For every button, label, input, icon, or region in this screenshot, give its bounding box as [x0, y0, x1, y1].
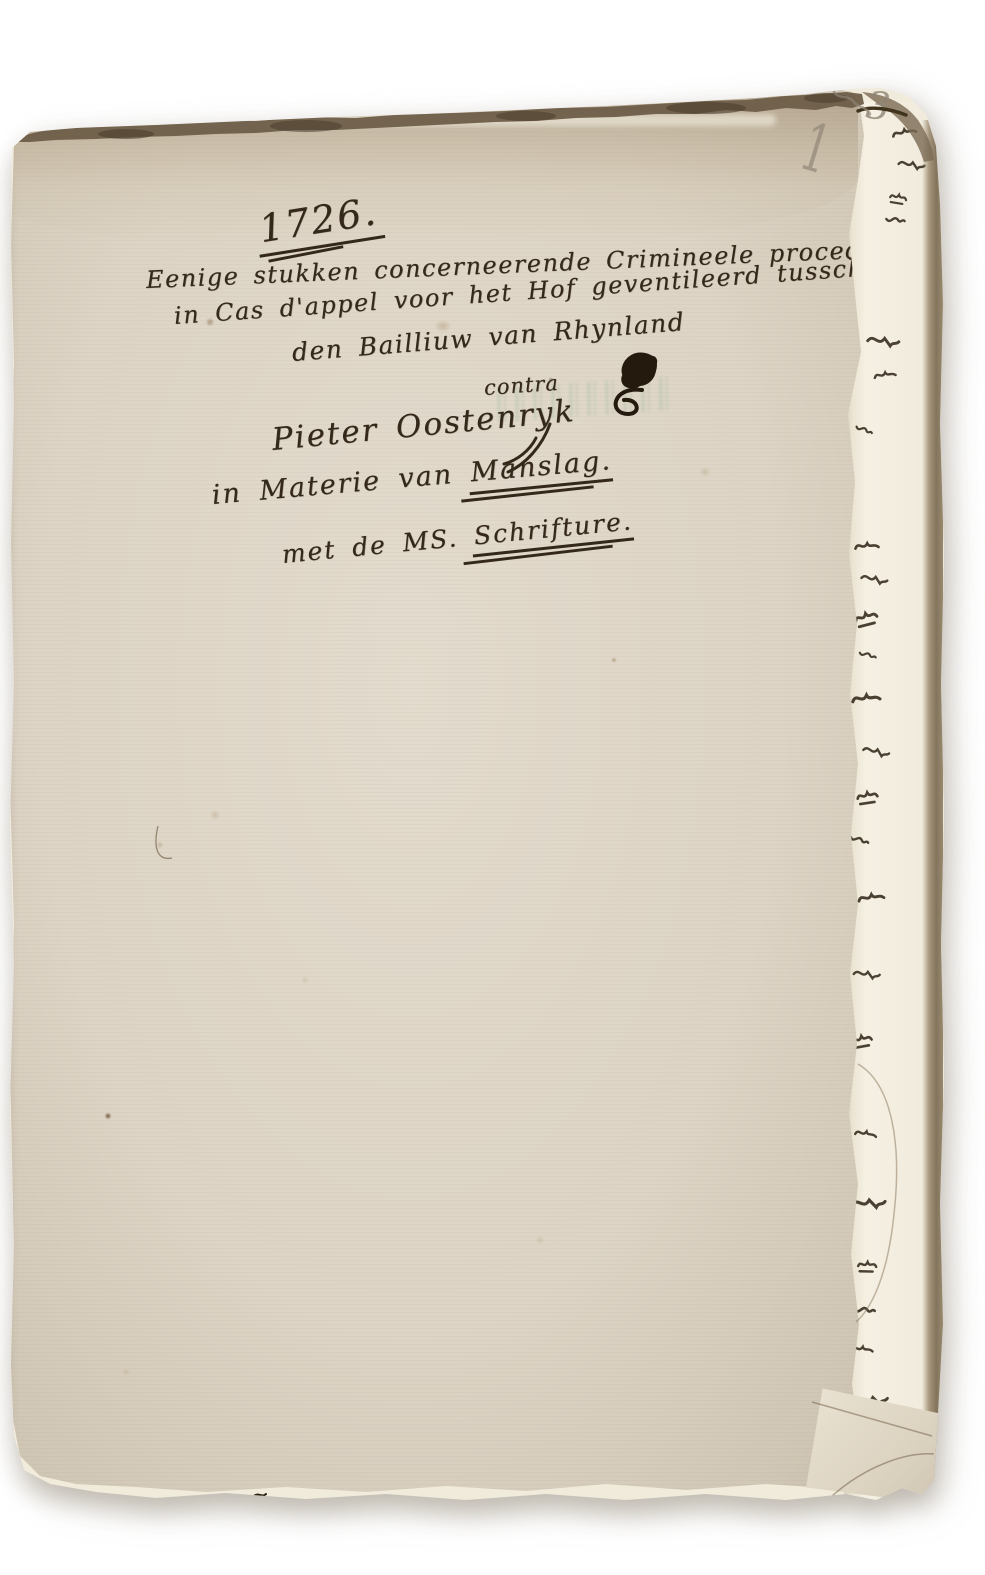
- handwriting-fragment: [889, 193, 907, 206]
- attachment-word: Schrifture.: [473, 506, 635, 552]
- case-word: Manslag.: [469, 445, 613, 490]
- handwriting-fragment: [863, 747, 890, 757]
- stack-fore-edge: [922, 120, 943, 1492]
- handwriting-fragment: [856, 427, 873, 433]
- handwriting-fragment: [858, 893, 884, 901]
- pencil-corner-number: 3: [864, 83, 893, 129]
- year-text: 1726.: [252, 188, 385, 257]
- handwriting-fragment: [886, 217, 904, 223]
- cover-page: 1726. Eenige stukken concerneerende Crim…: [6, 84, 886, 1514]
- handwriting-fragment: [854, 971, 880, 979]
- manuscript-stack: 1726. Eenige stukken concerneerende Crim…: [6, 84, 946, 1514]
- handwriting-fragment: [861, 575, 888, 585]
- handwriting-fragment: [874, 371, 895, 378]
- year-heading: 1726.: [252, 188, 385, 257]
- handwriting-fragment: [855, 1130, 876, 1137]
- case-line: in Materie van Manslag.: [211, 445, 614, 513]
- handwriting-fragment: [852, 694, 880, 702]
- handwriting-fragment: [857, 792, 878, 804]
- photo-backdrop: 1726. Eenige stukken concerneerende Crim…: [0, 0, 985, 1575]
- case-prefix: in Materie van: [211, 457, 472, 511]
- handwriting-fragment: [858, 1261, 877, 1273]
- manuscript-stack-shadow: 1726. Eenige stukken concerneerende Crim…: [0, 0, 985, 1575]
- handwriting-fragment: [860, 653, 876, 658]
- handwriting-fragment: [850, 837, 868, 843]
- attachment-line: met de MS. Schrifture.: [281, 506, 635, 571]
- handwriting-fragment: [855, 612, 878, 628]
- handwriting-fragment: [855, 543, 878, 549]
- defendant-name: Pieter Oostenryk: [270, 393, 577, 458]
- handwriting-fragment: [867, 337, 899, 346]
- attachment-prefix: met de MS.: [281, 522, 476, 569]
